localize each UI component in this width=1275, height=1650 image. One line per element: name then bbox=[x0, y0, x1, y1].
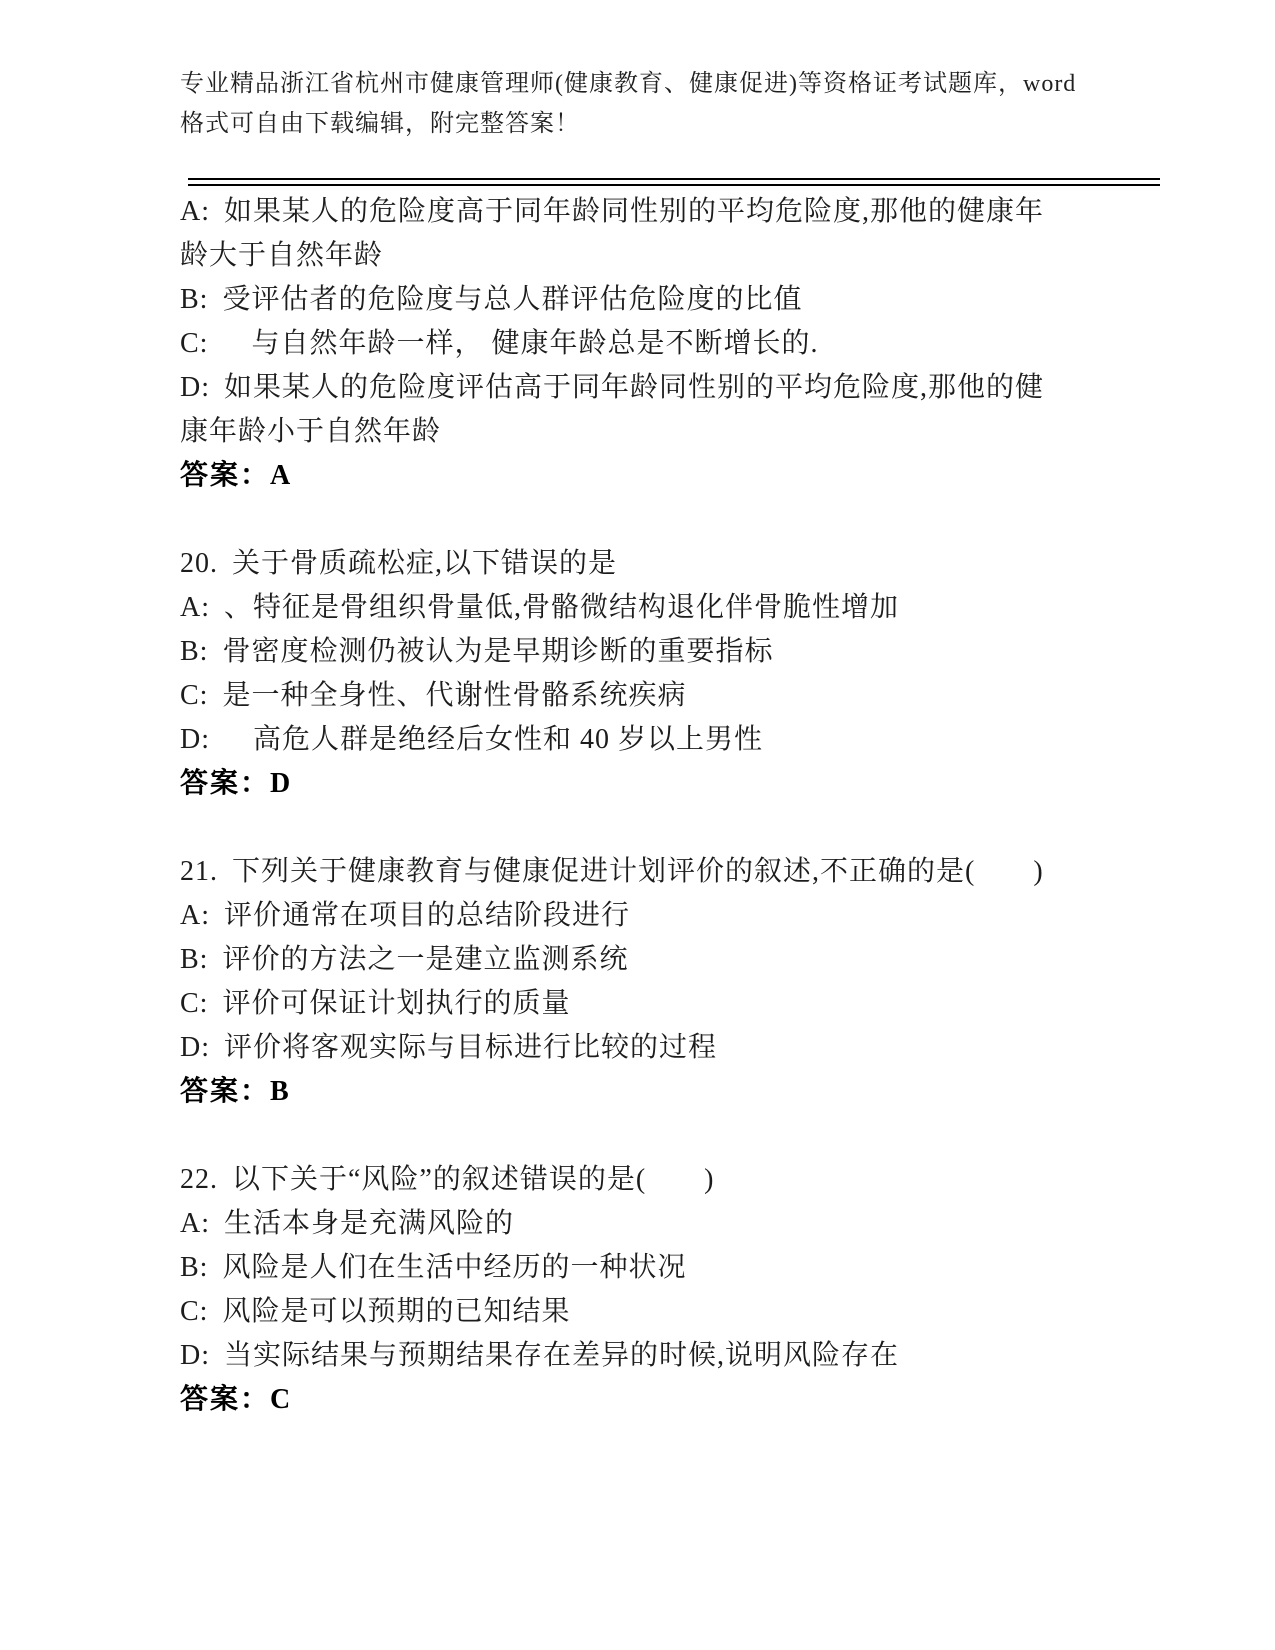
option-label: B: bbox=[180, 1252, 208, 1283]
question-stem-line: 22.以下关于“风险”的叙述错误的是( ) bbox=[180, 1158, 1072, 1202]
option-label: A: bbox=[180, 900, 210, 931]
answer-line: 答案：C bbox=[180, 1378, 1072, 1422]
answer-line: 答案：A bbox=[180, 454, 1072, 498]
option-line: C:是一种全身性、代谢性骨骼系统疾病 bbox=[180, 674, 1072, 718]
document-header: 专业精品浙江省杭州市健康管理师(健康教育、健康促进)等资格证考试题库，word … bbox=[180, 64, 1140, 144]
option-label: C: bbox=[180, 328, 208, 359]
question-number: 20. bbox=[180, 548, 218, 579]
answer-prefix: 答案： bbox=[180, 1076, 270, 1107]
question-number: 22. bbox=[180, 1164, 218, 1195]
option-text: 高危人群是绝经后女性和 40 岁以上男性 bbox=[224, 724, 763, 755]
option-text: 评价通常在项目的总结阶段进行 bbox=[224, 900, 630, 931]
question-stem-line: 21.下列关于健康教育与健康促进计划评价的叙述,不正确的是( ) bbox=[180, 850, 1072, 894]
option-label: C: bbox=[180, 1296, 208, 1327]
answer-line: 答案：B bbox=[180, 1070, 1072, 1114]
document-page: 专业精品浙江省杭州市健康管理师(健康教育、健康促进)等资格证考试题库，word … bbox=[0, 0, 1275, 1422]
header-divider-rule bbox=[188, 178, 1160, 186]
option-text: 如果某人的危险度评估高于同年龄同性别的平均危险度,那他的健康年龄小于自然年龄 bbox=[180, 372, 1044, 447]
option-text: 风险是可以预期的已知结果 bbox=[222, 1296, 570, 1327]
answer-prefix: 答案： bbox=[180, 768, 270, 799]
option-line: A:如果某人的危险度高于同年龄同性别的平均危险度,那他的健康年龄大于自然年龄 bbox=[180, 190, 1072, 278]
option-line: D:当实际结果与预期结果存在差异的时候,说明风险存在 bbox=[180, 1334, 1072, 1378]
option-line: D: 高危人群是绝经后女性和 40 岁以上男性 bbox=[180, 718, 1072, 762]
option-line: D:如果某人的危险度评估高于同年龄同性别的平均危险度,那他的健康年龄小于自然年龄 bbox=[180, 366, 1072, 454]
option-label: B: bbox=[180, 944, 208, 975]
option-line: B:骨密度检测仍被认为是早期诊断的重要指标 bbox=[180, 630, 1072, 674]
answer-value: B bbox=[270, 1076, 291, 1107]
option-text: 生活本身是充满风险的 bbox=[224, 1208, 514, 1239]
option-text: 当实际结果与预期结果存在差异的时候,说明风险存在 bbox=[224, 1340, 899, 1371]
option-line: B:风险是人们在生活中经历的一种状况 bbox=[180, 1246, 1072, 1290]
option-text: 受评估者的危险度与总人群评估危险度的比值 bbox=[222, 284, 802, 315]
option-text: 风险是人们在生活中经历的一种状况 bbox=[222, 1252, 686, 1283]
question-block: 21.下列关于健康教育与健康促进计划评价的叙述,不正确的是( ) A:评价通常在… bbox=[180, 850, 1072, 1114]
option-label: D: bbox=[180, 372, 210, 403]
answer-line: 答案：D bbox=[180, 762, 1072, 806]
option-text: 评价可保证计划执行的质量 bbox=[222, 988, 570, 1019]
question-block: 20.关于骨质疏松症,以下错误的是 A:、特征是骨组织骨量低,骨骼微结构退化伴骨… bbox=[180, 542, 1072, 806]
question-stem: 下列关于健康教育与健康促进计划评价的叙述,不正确的是( ) bbox=[232, 856, 1044, 887]
option-line: B:受评估者的危险度与总人群评估危险度的比值 bbox=[180, 278, 1072, 322]
option-line: A:生活本身是充满风险的 bbox=[180, 1202, 1072, 1246]
option-text: 如果某人的危险度高于同年龄同性别的平均危险度,那他的健康年龄大于自然年龄 bbox=[180, 196, 1044, 271]
question-stem: 以下关于“风险”的叙述错误的是( ) bbox=[232, 1164, 715, 1195]
option-label: A: bbox=[180, 592, 210, 623]
option-label: C: bbox=[180, 988, 208, 1019]
answer-value: A bbox=[270, 460, 292, 491]
question-stem: 关于骨质疏松症,以下错误的是 bbox=[232, 548, 617, 579]
option-line: C: 与自然年龄一样， 健康年龄总是不断增长的. bbox=[180, 322, 1072, 366]
option-text: 是一种全身性、代谢性骨骼系统疾病 bbox=[222, 680, 686, 711]
option-text: 评价将客观实际与目标进行比较的过程 bbox=[224, 1032, 717, 1063]
option-label: B: bbox=[180, 284, 208, 315]
question-block: 22.以下关于“风险”的叙述错误的是( ) A:生活本身是充满风险的B:风险是人… bbox=[180, 1158, 1072, 1422]
option-label: A: bbox=[180, 1208, 210, 1239]
header-line-1: 专业精品浙江省杭州市健康管理师(健康教育、健康促进)等资格证考试题库，word bbox=[180, 64, 1140, 104]
option-line: D:评价将客观实际与目标进行比较的过程 bbox=[180, 1026, 1072, 1070]
question-number: 21. bbox=[180, 856, 218, 887]
option-label: C: bbox=[180, 680, 208, 711]
option-text: 评价的方法之一是建立监测系统 bbox=[222, 944, 628, 975]
answer-value: C bbox=[270, 1384, 292, 1415]
answer-prefix: 答案： bbox=[180, 460, 270, 491]
option-text: 骨密度检测仍被认为是早期诊断的重要指标 bbox=[222, 636, 773, 667]
option-label: A: bbox=[180, 196, 210, 227]
option-text: 与自然年龄一样， 健康年龄总是不断增长的. bbox=[222, 328, 818, 359]
option-line: C:风险是可以预期的已知结果 bbox=[180, 1290, 1072, 1334]
option-line: B:评价的方法之一是建立监测系统 bbox=[180, 938, 1072, 982]
option-text: 、特征是骨组织骨量低,骨骼微结构退化伴骨脆性增加 bbox=[224, 592, 899, 623]
question-list: A:如果某人的危险度高于同年龄同性别的平均危险度,那他的健康年龄大于自然年龄B:… bbox=[180, 190, 1072, 1422]
option-line: C:评价可保证计划执行的质量 bbox=[180, 982, 1072, 1026]
question-stem-line: 20.关于骨质疏松症,以下错误的是 bbox=[180, 542, 1072, 586]
option-label: B: bbox=[180, 636, 208, 667]
option-label: D: bbox=[180, 724, 210, 755]
option-label: D: bbox=[180, 1032, 210, 1063]
option-line: A:、特征是骨组织骨量低,骨骼微结构退化伴骨脆性增加 bbox=[180, 586, 1072, 630]
answer-value: D bbox=[270, 768, 292, 799]
header-line-2: 格式可自由下载编辑，附完整答案！ bbox=[180, 104, 1140, 144]
option-line: A:评价通常在项目的总结阶段进行 bbox=[180, 894, 1072, 938]
answer-prefix: 答案： bbox=[180, 1384, 270, 1415]
option-label: D: bbox=[180, 1340, 210, 1371]
question-block: A:如果某人的危险度高于同年龄同性别的平均危险度,那他的健康年龄大于自然年龄B:… bbox=[180, 190, 1072, 498]
